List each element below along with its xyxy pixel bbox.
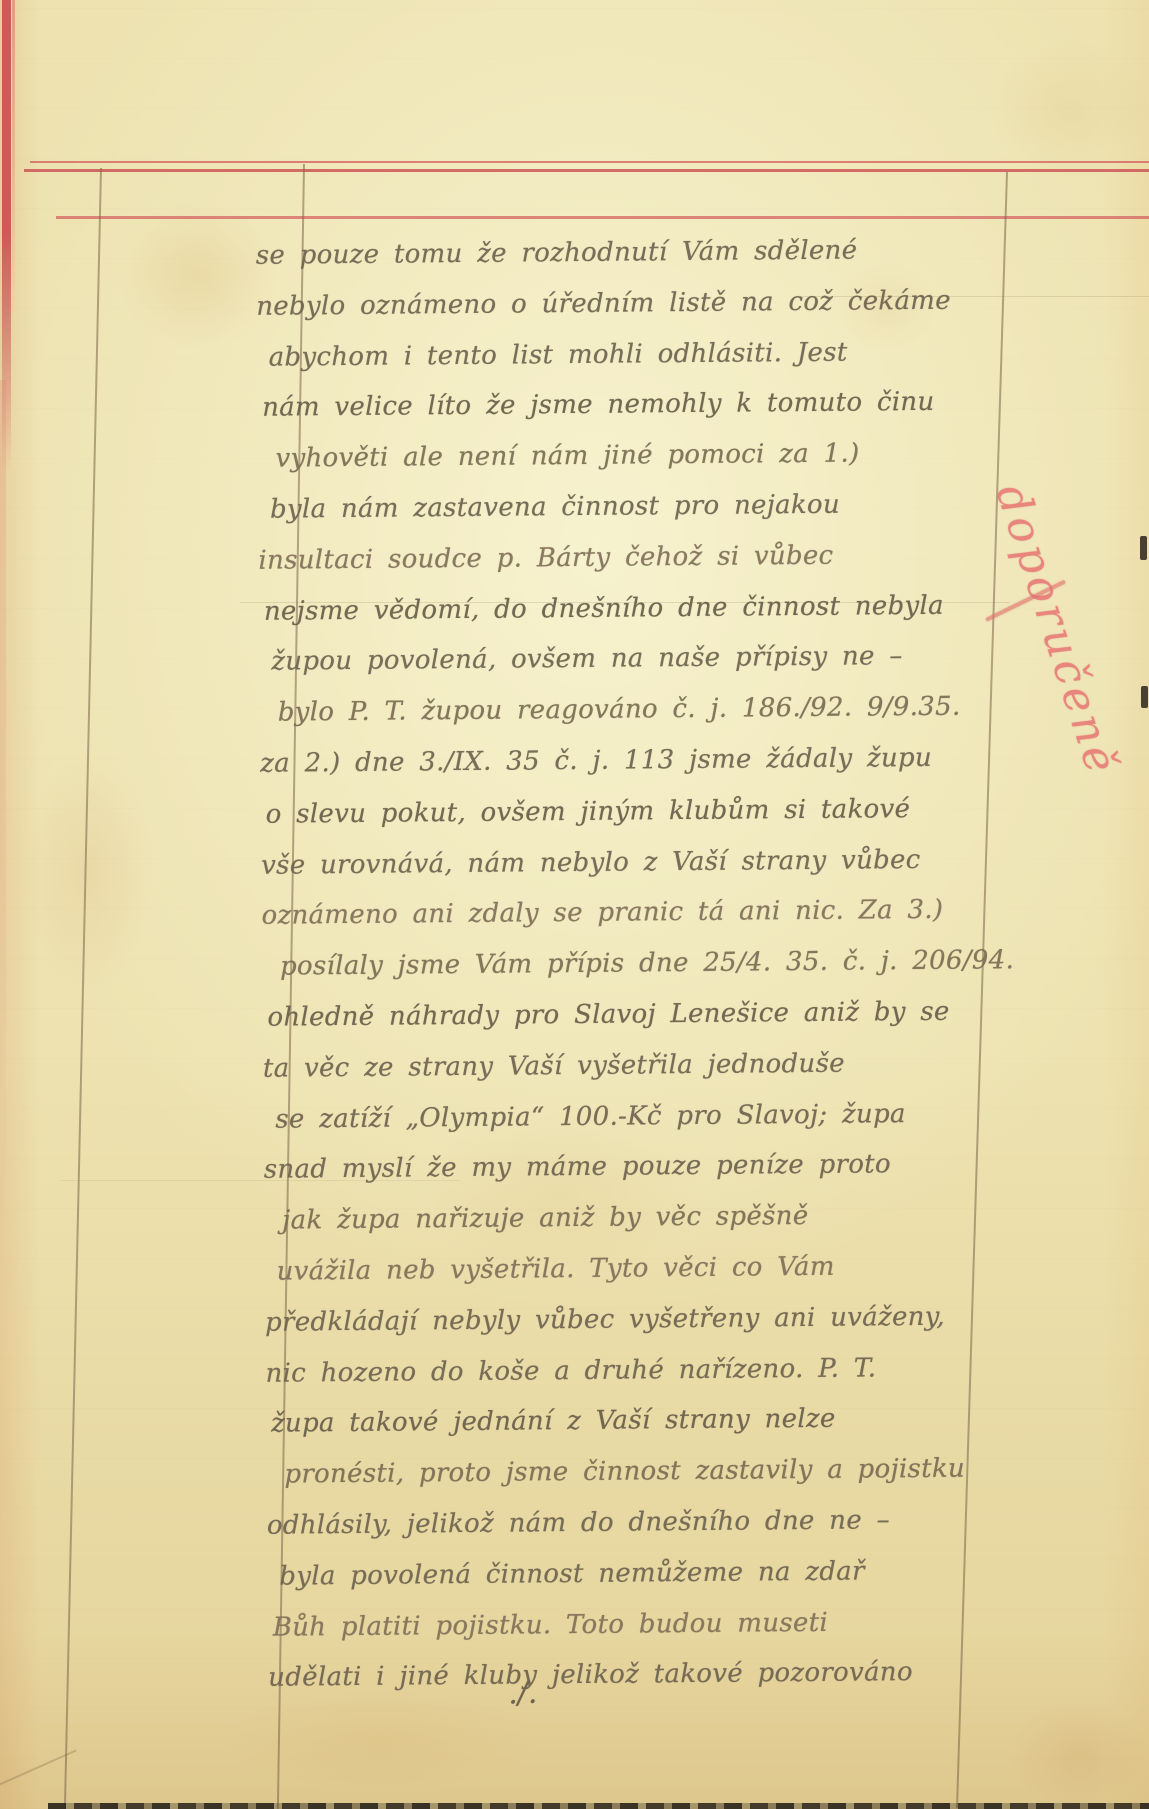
handwritten-line: za 2.) dne 3./IX. 35 č. j. 113 jsme žáda…: [260, 733, 885, 789]
handwritten-line: jak župa nařizuje aniž by věc spěšně: [282, 1190, 889, 1246]
handwritten-line: oznámeno ani zdaly se pranic tá ani nic.…: [261, 886, 886, 942]
red-ruled-line-top-upper: [30, 161, 1149, 163]
red-ruled-line-header: [56, 216, 1149, 219]
handwritten-line: předkládají nebyly vůbec vyšetřeny ani u…: [265, 1292, 890, 1348]
handwritten-line: snad myslí že my máme pouze peníze proto: [264, 1140, 889, 1196]
handwritten-text-block: se pouze tomu že rozhodnutí Vám sdělenén…: [256, 225, 894, 1704]
scan-speck: [1140, 536, 1147, 560]
paper-stain: [24, 750, 154, 990]
scan-bottom-edge: [48, 1803, 1149, 1809]
handwritten-line: abychom i tento list mohli odhlásiti. Je…: [268, 327, 881, 383]
handwritten-line: uvážila neb vyšetřila. Tyto věci co Vám: [276, 1241, 889, 1297]
handwritten-line: insultaci soudce p. Bárty čehož si vůbec: [258, 530, 883, 586]
handwritten-line: ta věc ze strany Vaší vyšetřila jednoduš…: [263, 1038, 888, 1094]
handwritten-line: se pouze tomu že rozhodnutí Vám sdělené: [256, 225, 881, 281]
handwritten-line: udělati i jiné kluby jelikož takové pozo…: [268, 1648, 893, 1704]
handwritten-line: byla povolená činnost nemůžeme na zdař: [279, 1546, 892, 1602]
handwritten-line: pronésti, proto jsme činnost zastavily a…: [284, 1444, 891, 1500]
red-ruled-line-top-lower: [24, 169, 1149, 172]
paper-stain: [220, 1690, 540, 1790]
handwritten-line: bylo P. T. župou reagováno č. j. 186./92…: [278, 682, 885, 738]
handwritten-line: odhlásily, jelikož nám do dnešního dne n…: [267, 1495, 892, 1551]
margin-column-line-right: [956, 172, 1007, 1808]
scan-speck: [1141, 686, 1148, 708]
paper-stain: [118, 200, 278, 350]
handwritten-line: posílaly jsme Vám přípis dne 25/4. 35. č…: [280, 936, 887, 992]
paper-stain: [990, 40, 1149, 180]
end-mark: ./.: [507, 1676, 537, 1712]
handwritten-line: vše urovnává, nám nebylo z Vaší strany v…: [261, 835, 886, 891]
handwritten-line: Bůh platiti pojistku. Toto budou museti: [273, 1597, 893, 1653]
handwritten-line: župou povolená, ovšem na naše přípisy ne…: [271, 632, 884, 688]
handwritten-line: nebylo oznámeno o úředním listě na což č…: [256, 276, 881, 332]
handwritten-line: ohledně náhrady pro Slavoj Lenešice aniž…: [267, 987, 887, 1043]
handwritten-line: byla nám zastavena činnost pro nejakou: [270, 479, 883, 535]
handwritten-line: se zatíží „Olympia“ 100.-Kč pro Slavoj; …: [275, 1089, 888, 1145]
margin-column-line-left: [64, 168, 102, 1809]
document-page: se pouze tomu že rozhodnutí Vám sdělenén…: [0, 0, 1149, 1809]
handwritten-line: nejsme vědomí, do dnešního dne činnost n…: [264, 581, 884, 637]
binding-edge-red-line-faint: [0, 380, 6, 1280]
paper-stain: [1010, 1700, 1149, 1809]
handwritten-line: o slevu pokut, ovšem jiným klubům si tak…: [265, 784, 885, 840]
red-margin-note: doporučeně: [985, 478, 1127, 783]
handwritten-line: nám velice líto že jsme nemohly k tomuto…: [262, 378, 882, 434]
handwritten-line: vyhověti ale není nám jiné pomoci za 1.): [275, 428, 882, 484]
handwritten-line: nic hozeno do koše a druhé nařízeno. P. …: [265, 1343, 890, 1399]
binding-edge-red-line-secondary: [12, 0, 15, 320]
handwritten-line: župa takové jednání z Vaší strany nelze: [271, 1394, 891, 1450]
